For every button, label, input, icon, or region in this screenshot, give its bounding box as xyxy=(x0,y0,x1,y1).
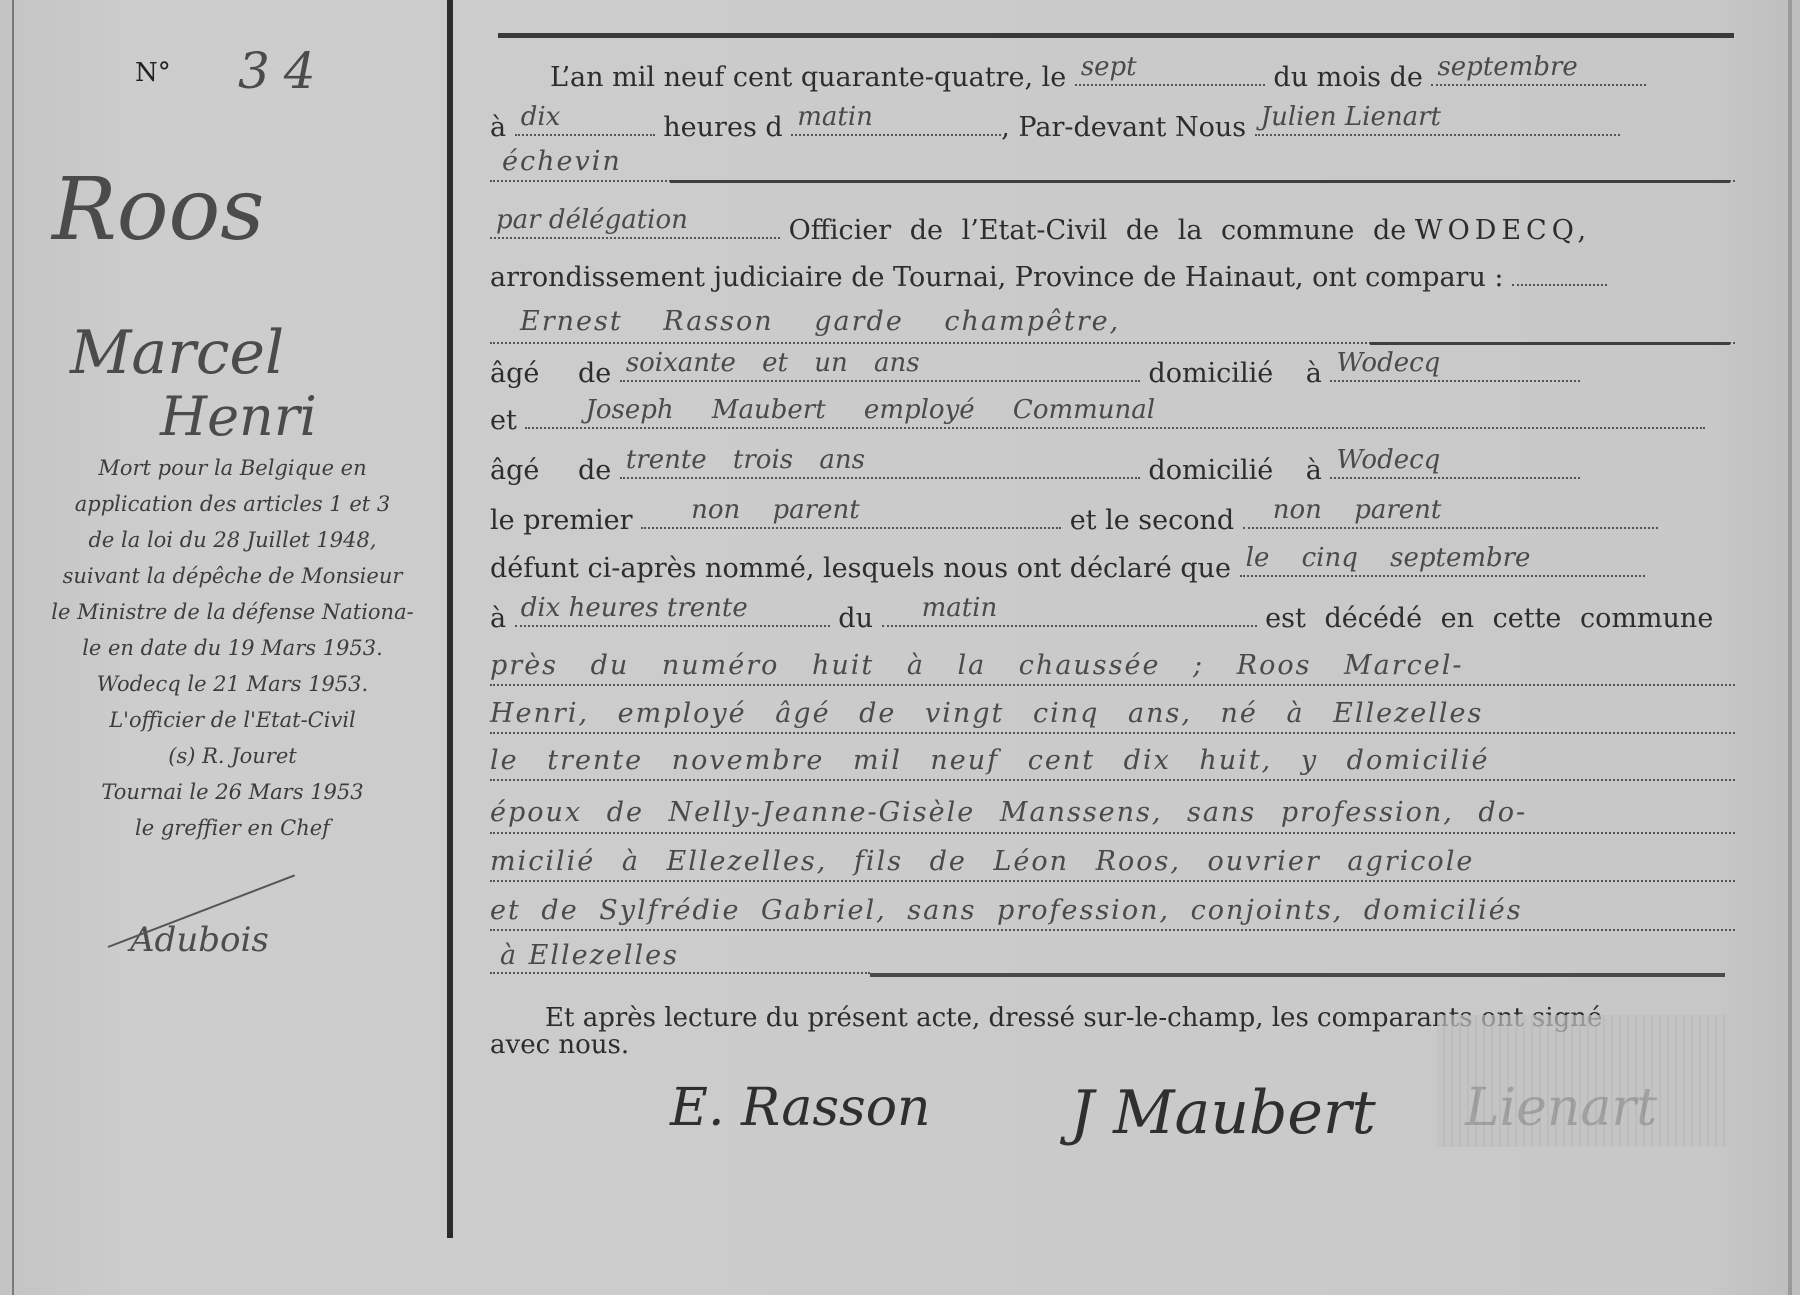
period-value: matin xyxy=(797,102,873,132)
body-line: le trente novembre mil neuf cent dix hui… xyxy=(490,745,1489,776)
fill-rule xyxy=(1370,342,1730,345)
witness2-value: Joseph Maubert employé Communal xyxy=(585,395,1155,425)
printed-text: le premier xyxy=(490,505,633,536)
relation1-field: non parent xyxy=(641,505,1061,529)
act-line-witness1-age: âgé de soixante et un ans domicilié à Wo… xyxy=(490,358,1735,389)
margin-annotation: Mort pour la Belgique en application des… xyxy=(30,450,435,846)
body-line: et de Sylfrédie Gabriel, sans profession… xyxy=(490,895,1523,926)
death-period-field: matin xyxy=(882,603,1257,627)
act-line-relationship: le premier non parent et le second non p… xyxy=(490,505,1735,536)
faded-stamp-area xyxy=(1437,1015,1727,1147)
witness2-place-value: Wodecq xyxy=(1336,445,1440,475)
signature-witness2: J Maubert xyxy=(1070,1078,1376,1148)
death-time-value: dix heures trente xyxy=(521,593,748,623)
witness1-age-field: soixante et un ans xyxy=(620,358,1140,382)
annotation-line: suivant la dépêche de Monsieur xyxy=(30,558,435,594)
witness2-age-value: trente trois ans xyxy=(626,445,865,475)
signature-witness1: E. Rasson xyxy=(670,1078,931,1138)
witness1-value: Ernest Rasson garde champêtre, xyxy=(520,306,1120,337)
printed-text: et xyxy=(490,405,517,436)
act-line-arrondissement: arrondissement judiciaire de Tournai, Pr… xyxy=(490,262,1735,293)
annotation-line: application des articles 1 et 3 xyxy=(30,486,435,522)
death-date-value: le cinq septembre xyxy=(1246,543,1531,573)
annotation-line: le Ministre de la défense Nationa- xyxy=(30,594,435,630)
dotted-line xyxy=(490,682,1735,686)
dotted-line xyxy=(490,777,1735,781)
dotted-line xyxy=(490,927,1735,931)
delegation-field: par délégation xyxy=(490,215,780,239)
margin-surname: Roos xyxy=(52,160,264,260)
printed-text: âgé de xyxy=(490,358,611,389)
page-binding-edge xyxy=(1788,0,1792,1295)
printed-text: et le second xyxy=(1070,505,1235,536)
annotation-line: Tournai le 26 Mars 1953 xyxy=(30,774,435,810)
document-page: N° 34 Roos Marcel Henri Mort pour la Bel… xyxy=(0,0,1800,1295)
death-period-value: matin xyxy=(922,593,998,623)
month-value: septembre xyxy=(1437,52,1577,82)
top-rule xyxy=(498,33,1734,38)
witness1-age-value: soixante et un ans xyxy=(626,348,920,378)
death-time-field: dix heures trente xyxy=(515,603,830,627)
body-line: près du numéro huit à la chaussée ; Roos… xyxy=(490,650,1464,681)
day-field: sept xyxy=(1075,62,1265,86)
act-line-witness2-age: âgé de trente trois ans domicilié à Wode… xyxy=(490,455,1735,486)
fill-rule xyxy=(670,180,1730,183)
day-value: sept xyxy=(1081,52,1137,82)
printed-text: domicilié à xyxy=(1148,358,1321,389)
printed-text: est décédé en cette commune xyxy=(1265,603,1713,634)
annotation-line: L'officier de l'Etat-Civil xyxy=(30,702,435,738)
witness2-place-field: Wodecq xyxy=(1330,455,1580,479)
printed-text: arrondissement judiciaire de Tournai, Pr… xyxy=(490,262,1504,293)
annotation-line: Wodecq le 21 Mars 1953. xyxy=(30,666,435,702)
printed-text: à xyxy=(490,112,506,143)
printed-text: domicilié à xyxy=(1148,455,1321,486)
witness1-place-field: Wodecq xyxy=(1330,358,1580,382)
margin-first-name-2: Henri xyxy=(160,385,317,448)
act-line-date: L’an mil neuf cent quarante-quatre, le s… xyxy=(490,62,1795,93)
officer-value: Julien Lienart xyxy=(1261,102,1441,132)
printed-text: du mois de xyxy=(1273,62,1422,93)
witness1-place-value: Wodecq xyxy=(1336,348,1440,378)
act-line-hour: à dix heures d matin, Par-devant Nous Ju… xyxy=(490,112,1735,143)
act-line-death-time: à dix heures trente du matin est décédé … xyxy=(490,603,1735,634)
printed-text: Officier de l’Etat-Civil de la commune d… xyxy=(789,215,1407,246)
act-number-value: 34 xyxy=(238,42,330,100)
act-line-declaration: défunt ci-après nommé, lesquels nous ont… xyxy=(490,553,1735,584)
body-line: Henri, employé âgé de vingt cinq ans, né… xyxy=(490,698,1483,729)
relation2-field: non parent xyxy=(1243,505,1658,529)
greffier-signature: Adubois xyxy=(130,920,269,960)
commune-name: WODECQ, xyxy=(1415,215,1591,246)
dotted-line xyxy=(490,878,1735,882)
death-date-field: le cinq septembre xyxy=(1240,553,1645,577)
printed-text: âgé de xyxy=(490,455,611,486)
bottom-rule xyxy=(870,973,1725,977)
dotted-line xyxy=(490,830,1735,834)
printed-text: heures d xyxy=(663,112,782,143)
relation2-value: non parent xyxy=(1273,495,1442,525)
hour-value: dix xyxy=(521,102,561,132)
officer-field: Julien Lienart xyxy=(1255,112,1620,136)
margin-column: N° 34 Roos Marcel Henri Mort pour la Bel… xyxy=(0,0,450,1240)
printed-text: L’an mil neuf cent quarante-quatre, le xyxy=(550,62,1066,93)
witness2-field: Joseph Maubert employé Communal xyxy=(525,405,1705,429)
annotation-line: (s) R. Jouret xyxy=(30,738,435,774)
month-field: septembre xyxy=(1431,62,1646,86)
annotation-line: Mort pour la Belgique en xyxy=(30,450,435,486)
officer-title-value: échevin xyxy=(502,146,622,177)
column-divider xyxy=(447,0,453,1238)
witness2-age-field: trente trois ans xyxy=(620,455,1140,479)
blank-field xyxy=(1512,262,1607,286)
act-line-witness2: et Joseph Maubert employé Communal xyxy=(490,405,1735,436)
margin-first-name-1: Marcel xyxy=(70,318,284,388)
act-line-officer: par délégation Officier de l’Etat-Civil … xyxy=(490,215,1735,246)
printed-text: du xyxy=(838,603,873,634)
annotation-line: le greffier en Chef xyxy=(30,810,435,846)
body-line: époux de Nelly-Jeanne-Gisèle Manssens, s… xyxy=(490,797,1527,828)
act-number-label: N° xyxy=(135,58,171,88)
delegation-value: par délégation xyxy=(496,205,688,235)
body-line: à Ellezelles xyxy=(500,940,679,971)
period-field: matin xyxy=(791,112,1001,136)
dotted-line xyxy=(490,730,1735,734)
hour-field: dix xyxy=(515,112,655,136)
body-line: micilié à Ellezelles, fils de Léon Roos,… xyxy=(490,846,1474,877)
annotation-line: de la loi du 28 Juillet 1948, xyxy=(30,522,435,558)
annotation-line: le en date du 19 Mars 1953. xyxy=(30,630,435,666)
printed-text: défunt ci-après nommé, lesquels nous ont… xyxy=(490,553,1231,584)
printed-text: , Par-devant Nous xyxy=(1001,112,1246,143)
printed-text: à xyxy=(490,603,506,634)
relation1-value: non parent xyxy=(691,495,860,525)
